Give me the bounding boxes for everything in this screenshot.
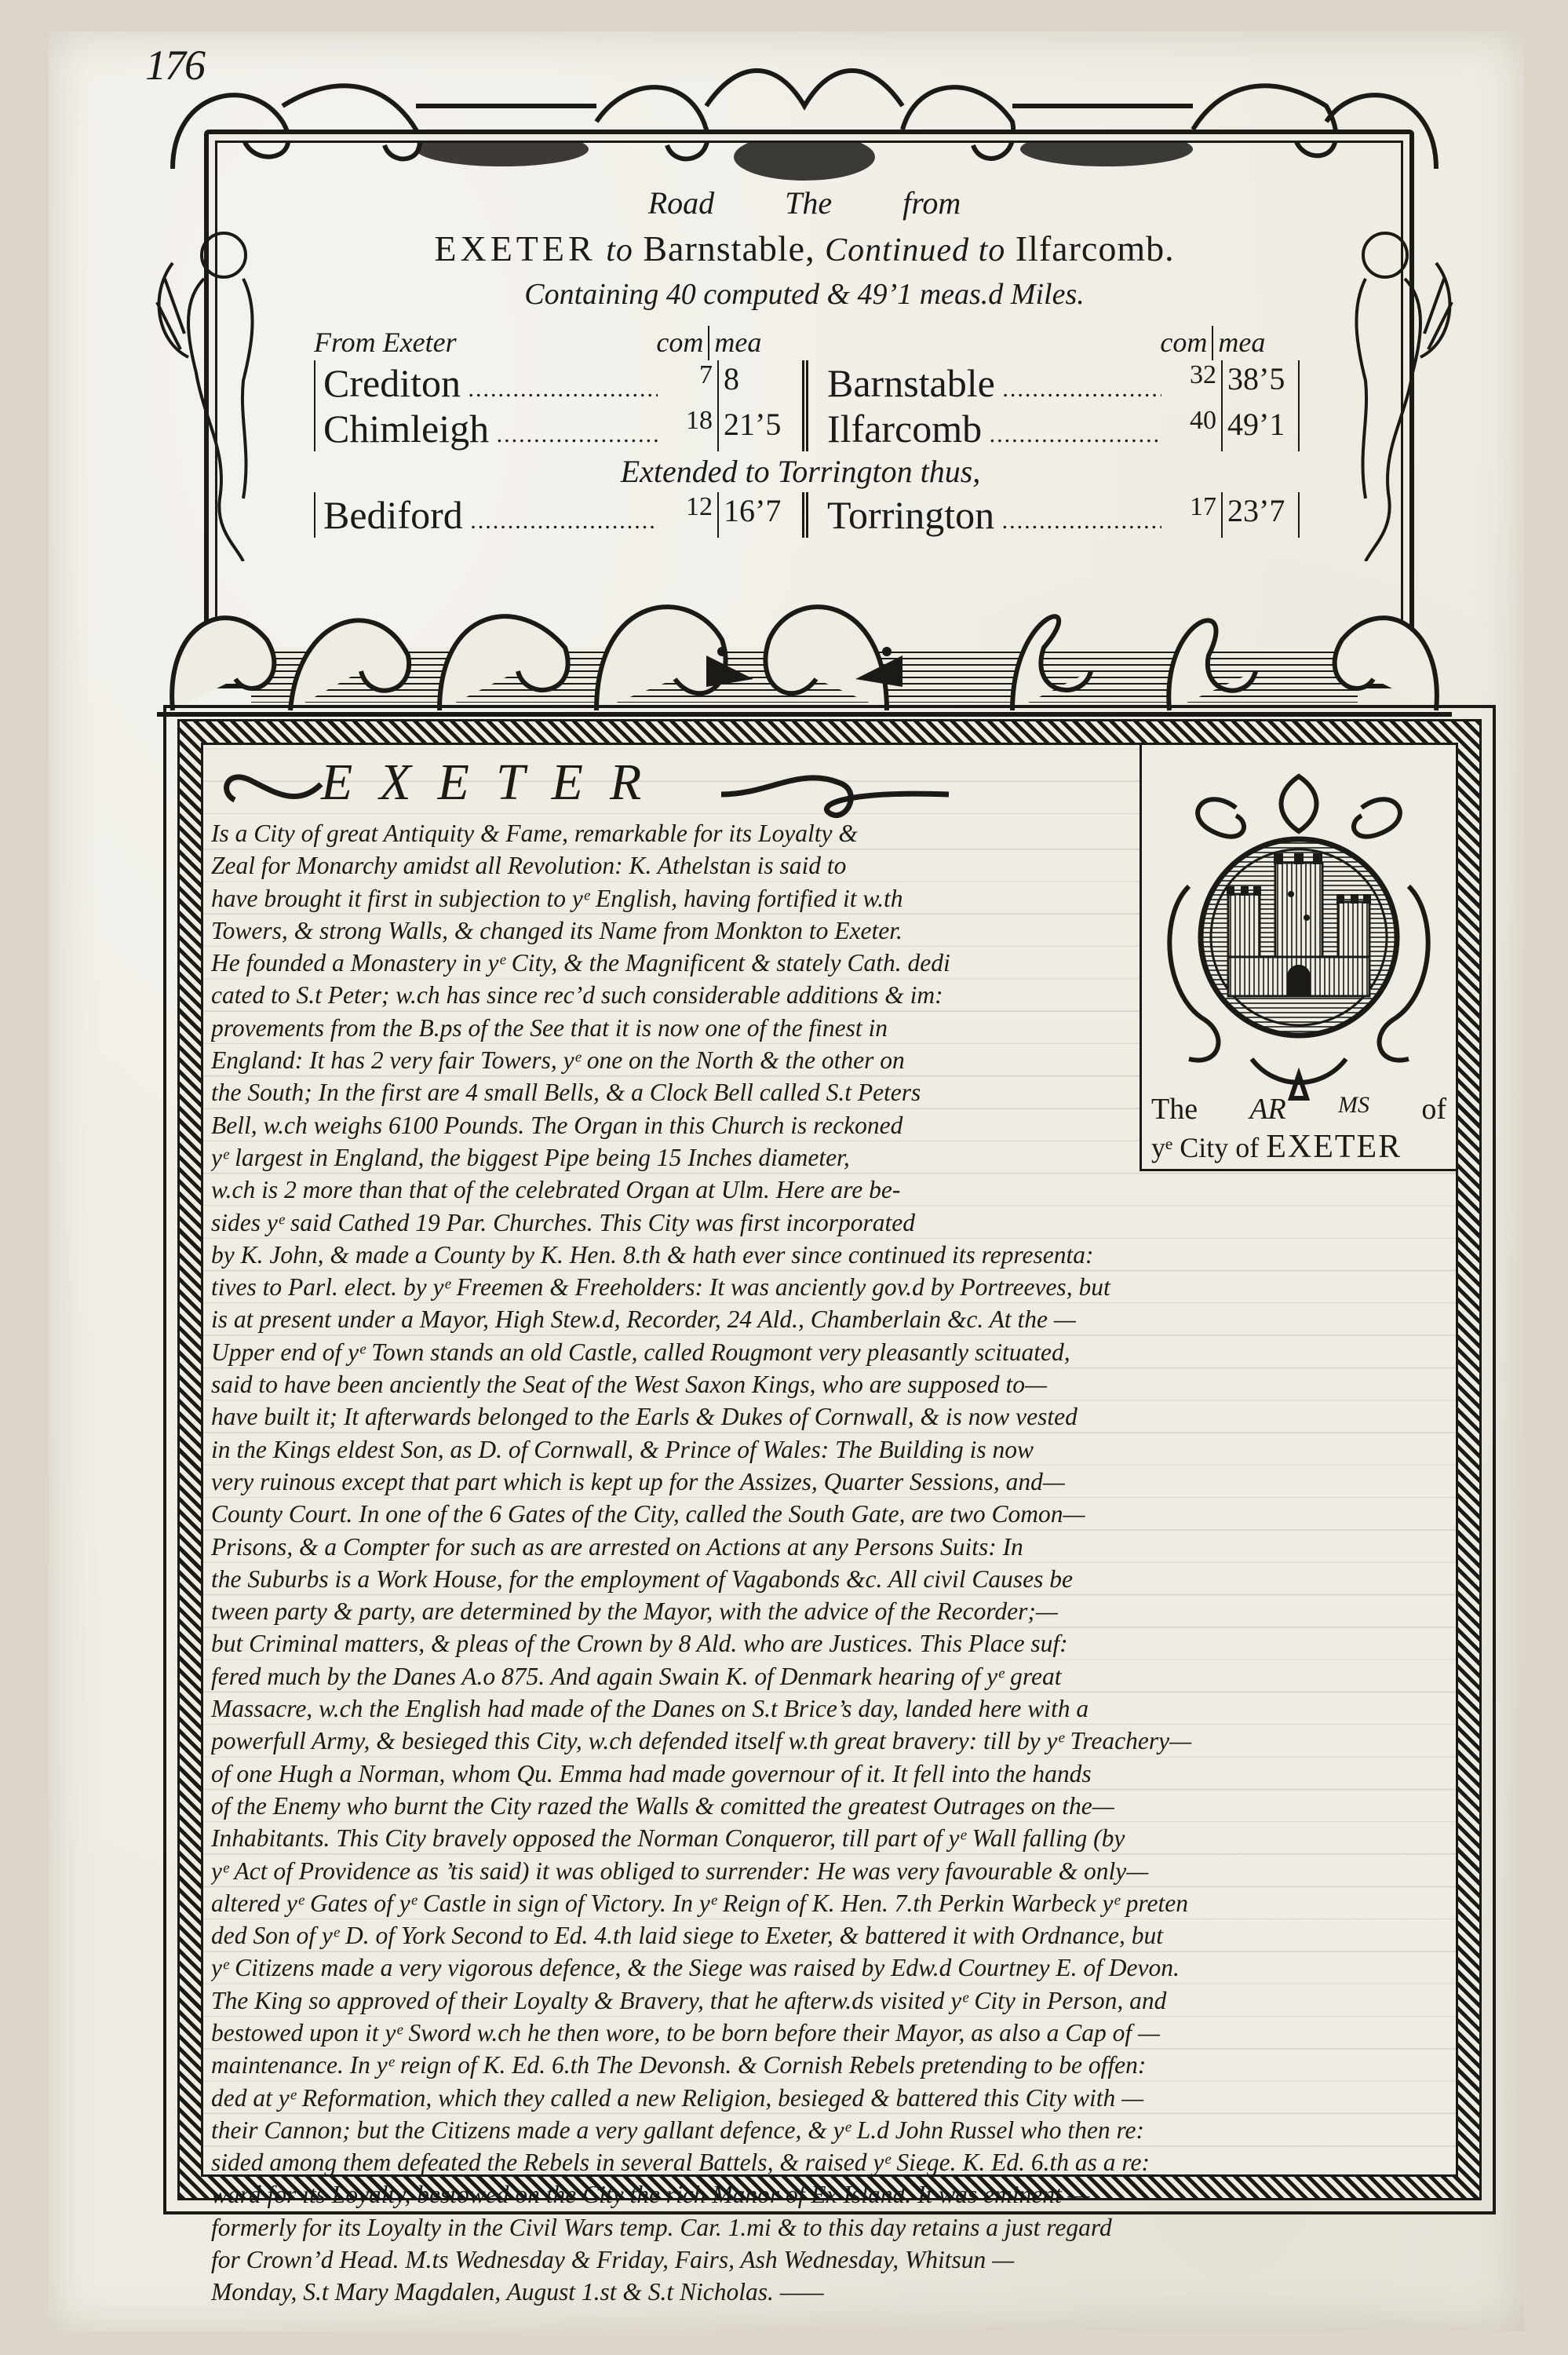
description-text-area: EXETER Is a City of great Antiquity & Fa…: [201, 743, 1458, 2177]
title-cartouche: Road The from EXETER to Barnstable, Cont…: [157, 59, 1452, 710]
text-line: the Suburbs is a Work House, for the emp…: [211, 1563, 1456, 1595]
text-line: sided among them defeated the Rebels in …: [211, 2146, 1456, 2178]
distance-row: Chimleigh 18 21’5 Ilfarcomb 40 49’1: [314, 406, 1287, 451]
text-line: tween party & party, are determined by t…: [211, 1595, 1456, 1627]
text-line: altered yᵉ Gates of yᵉ Castle in sign of…: [211, 1887, 1456, 1919]
description-panel: EXETER Is a City of great Antiquity & Fa…: [163, 705, 1496, 2214]
flourish-left-icon: [219, 761, 329, 816]
distance-table: From Exeter com mea com mea Crediton 7 8…: [314, 326, 1287, 538]
route-destination: Barnstable,: [643, 228, 815, 268]
text-line: for Crown’d Head. M.ts Wednesday & Frida…: [211, 2244, 1456, 2276]
extended-to-torrington-label: Extended to Torrington thus,: [314, 451, 1287, 492]
text-line: in the Kings eldest Son, as D. of Cornwa…: [211, 1433, 1456, 1466]
measured-miles: 8: [717, 360, 794, 406]
text-line: powerfull Army, & besieged this City, w.…: [211, 1725, 1456, 1757]
route-to-word: to: [606, 232, 633, 268]
col-measured: mea: [708, 326, 783, 360]
road-word: Road: [648, 185, 714, 221]
text-line: ded Son of yᵉ D. of York Second to Ed. 4…: [211, 1919, 1456, 1952]
computed-miles: 12: [658, 492, 717, 538]
text-line: He founded a Monastery in yᵉ City, & the…: [211, 947, 1126, 979]
text-line: have built it; It afterwards belonged to…: [211, 1400, 1456, 1433]
distance-row: Crediton 7 8 Barnstable 32 38’5: [314, 360, 1287, 406]
place-name: Ilfarcomb: [827, 406, 1161, 451]
text-line: sides yᵉ said Cathed 19 Par. Churches. T…: [211, 1207, 1126, 1239]
text-line: Prisons, & a Compter for such as are arr…: [211, 1531, 1456, 1563]
computed-miles: 18: [658, 406, 717, 451]
text-line: have brought it first in subjection to y…: [211, 882, 1126, 915]
text-line: Monday, S.t Mary Magdalen, August 1.st &…: [211, 2276, 1456, 2308]
text-line: Massacre, w.ch the English had made of t…: [211, 1692, 1456, 1725]
title-road-line: Road The from: [157, 184, 1452, 221]
route-final-destination: Ilfarcomb.: [1016, 228, 1175, 268]
computed-miles: 40: [1161, 406, 1221, 451]
text-line: tives to Parl. elect. by yᵉ Freemen & Fr…: [211, 1271, 1456, 1303]
computed-miles: 7: [658, 360, 717, 406]
city-heading: EXETER: [219, 753, 847, 816]
text-line: is at present under a Mayor, High Stew.d…: [211, 1303, 1456, 1335]
text-line: County Court. In one of the 6 Gates of t…: [211, 1498, 1456, 1530]
text-line: very ruinous except that part which is k…: [211, 1466, 1456, 1498]
measured-miles: 16’7: [717, 492, 794, 538]
route-origin: EXETER: [434, 228, 596, 268]
text-line: said to have been anciently the Seat of …: [211, 1368, 1456, 1400]
place-name: Barnstable: [827, 360, 1161, 406]
computed-miles: 32: [1161, 360, 1221, 406]
text-line: by K. John, & made a County by K. Hen. 8…: [211, 1239, 1456, 1271]
from-word: from: [903, 185, 961, 221]
acanthus-eagle-ornament-bottom: [157, 561, 1452, 718]
text-line: cated to S.t Peter; w.ch has since rec’d…: [211, 979, 1126, 1011]
caption-word: MS: [1338, 1092, 1369, 1126]
arms-caption-line-1: The AR MS of: [1151, 1092, 1446, 1126]
text-line: of the Enemy who burnt the City razed th…: [211, 1790, 1456, 1822]
text-line: of one Hugh a Norman, whom Qu. Emma had …: [211, 1758, 1456, 1790]
computed-miles: 17: [1161, 492, 1221, 538]
col-computed-right: com: [1154, 326, 1212, 360]
text-line: w.ch is 2 more than that of the celebrat…: [211, 1174, 1126, 1206]
text-line: Bell, w.ch weighs 6100 Pounds. The Organ…: [211, 1109, 1126, 1141]
text-line: yᵉ largest in England, the biggest Pipe …: [211, 1141, 1126, 1174]
measured-miles: 49’1: [1221, 406, 1298, 451]
caption-word: The: [1151, 1092, 1198, 1126]
from-exeter-label: From Exeter: [314, 326, 650, 360]
text-line: provements from the B.ps of the See that…: [211, 1012, 1126, 1044]
text-line: England: It has 2 very fair Towers, yᵉ o…: [211, 1044, 1126, 1076]
col-computed: com: [650, 326, 708, 360]
arms-caption-line-2: yᵉ City of EXETER: [1151, 1128, 1446, 1166]
text-line: bestowed upon it yᵉ Sword w.ch he then w…: [211, 2017, 1456, 2049]
the-word: The: [785, 185, 832, 221]
route-title: EXETER to Barnstable, Continued to Ilfar…: [157, 228, 1452, 269]
text-line: The King so approved of their Loyalty & …: [211, 1984, 1456, 2017]
text-line: yᵉ Act of Providence as ’tis said) it wa…: [211, 1855, 1456, 1887]
text-line: maintenance. In yᵉ reign of K. Ed. 6.th …: [211, 2049, 1456, 2081]
text-line: yᵉ Citizens made a very vigorous defence…: [211, 1952, 1456, 1984]
caption-prefix: yᵉ City of: [1151, 1132, 1259, 1163]
text-line: the South; In the first are 4 small Bell…: [211, 1076, 1126, 1108]
text-line: ded at yᵉ Reformation, which they called…: [211, 2082, 1456, 2114]
text-line: formerly for its Loyalty in the Civil Wa…: [211, 2211, 1456, 2244]
distance-row-extended: Bediford 12 16’7 Torrington 17 23’7: [314, 492, 1287, 538]
city-arms-box: The AR MS of yᵉ City of EXETER: [1140, 745, 1456, 1171]
col-measured-right: mea: [1212, 326, 1287, 360]
text-line: fered much by the Danes A.o 875. And aga…: [211, 1660, 1456, 1692]
distance-table-header: From Exeter com mea com mea: [314, 326, 1287, 360]
measured-miles: 23’7: [1221, 492, 1298, 538]
text-line: Zeal for Monarchy amidst all Revolution:…: [211, 849, 1126, 882]
text-line: Upper end of yᵉ Town stands an old Castl…: [211, 1336, 1456, 1368]
text-line: ward for its Loyalty, bestowed on the Ci…: [211, 2178, 1456, 2211]
castle-coat-of-arms-icon: [1158, 761, 1440, 1106]
caption-word: AR: [1249, 1092, 1285, 1126]
route-continued-label: Continued to: [825, 232, 1005, 268]
text-line: Is a City of great Antiquity & Fame, rem…: [211, 817, 1126, 849]
caption-city: EXETER: [1266, 1129, 1402, 1165]
text-line: Towers, & strong Walls, & changed its Na…: [211, 915, 1126, 947]
place-name: Torrington: [827, 492, 1161, 538]
city-heading-text: EXETER: [321, 753, 668, 812]
place-name: Chimleigh: [323, 406, 658, 451]
text-line: Inhabitants. This City bravely opposed t…: [211, 1822, 1456, 1854]
text-line: but Criminal matters, & pleas of the Cro…: [211, 1627, 1456, 1659]
text-line: their Cannon; but the Citizens made a ve…: [211, 2114, 1456, 2146]
place-name: Crediton: [323, 360, 658, 406]
measured-miles: 21’5: [717, 406, 794, 451]
route-mileage-subtitle: Containing 40 computed & 49’1 meas.d Mil…: [157, 277, 1452, 312]
caption-word: of: [1421, 1092, 1446, 1126]
place-name: Bediford: [323, 492, 658, 538]
measured-miles: 38’5: [1221, 360, 1298, 406]
